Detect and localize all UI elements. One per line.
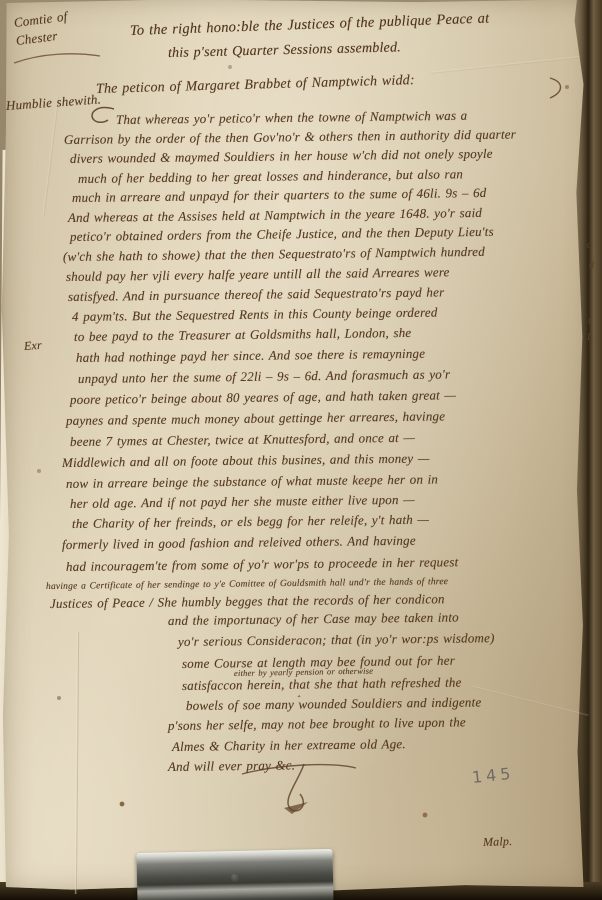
docket-word: Malp. [483, 835, 513, 849]
manuscript-line: Almes & Charity in her extreame old Age. [172, 737, 406, 754]
edge-offset-mark: t [588, 316, 591, 327]
manuscript-line: And will ever pray &c. [168, 758, 295, 774]
examined-mark: Exr [24, 339, 43, 353]
edge-offset-mark: d [589, 260, 594, 271]
foxing-spots [0, 0, 2, 2]
clip-rivet [231, 873, 240, 882]
edge-offset-mark: o [587, 240, 592, 251]
edge-offset-mark: L [587, 332, 593, 343]
manuscript-photo: Comtie of Chester To the right hono:ble … [0, 0, 602, 900]
metal-page-clip [136, 849, 333, 900]
